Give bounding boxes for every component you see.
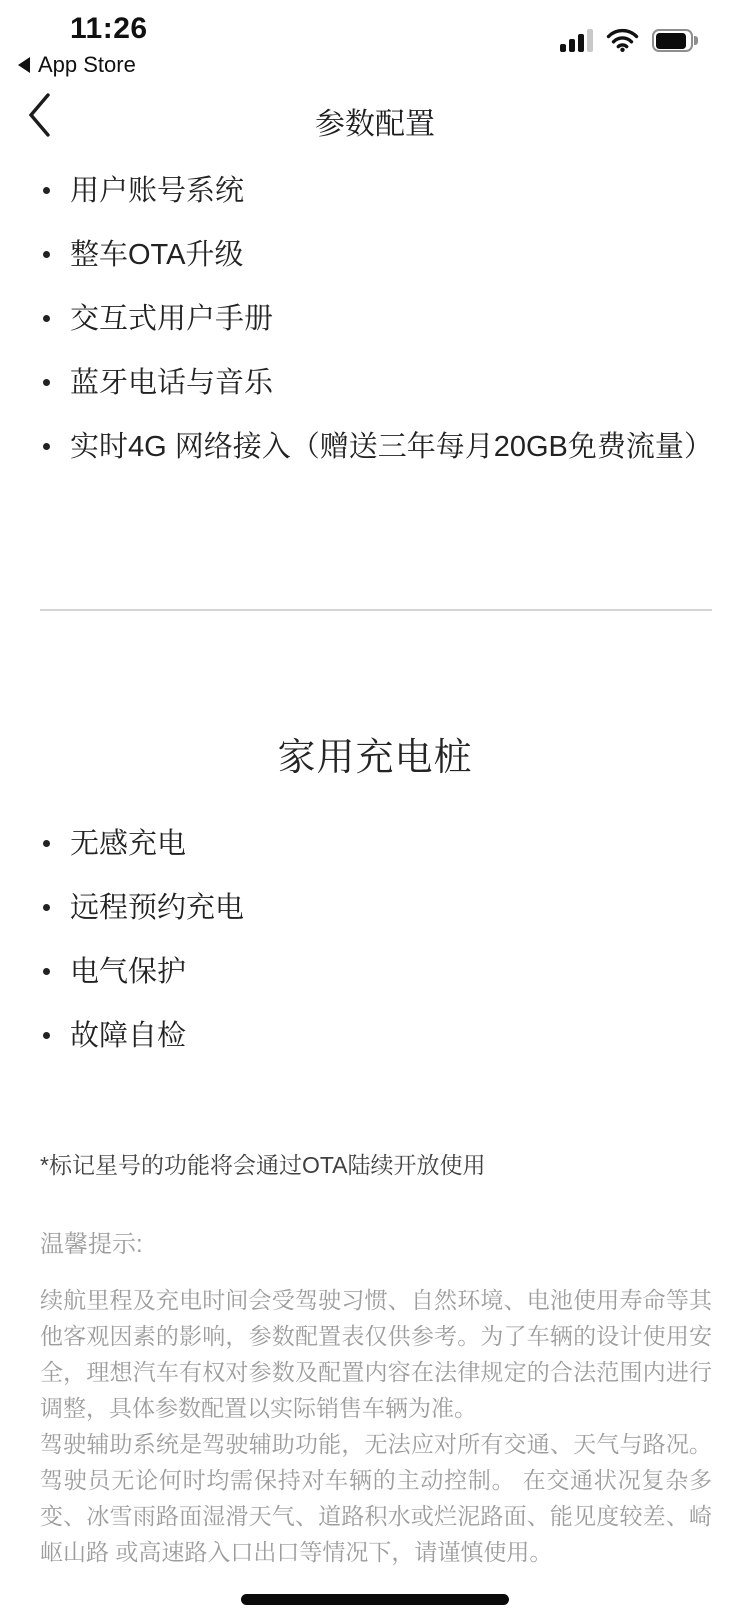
section-divider (40, 609, 712, 611)
list-item: 交互式用户手册 (40, 300, 720, 338)
wifi-icon (606, 28, 639, 52)
tips-paragraph: 驾驶辅助系统是驾驶辅助功能，无法应对所有交通、天气与路况。驾驶员无论何时均需保持… (40, 1426, 712, 1570)
list-item: 实时4G 网络接入（赠送三年每月20GB免费流量） (40, 428, 720, 466)
bullet-icon (43, 840, 50, 847)
tips-body: 续航里程及充电时间会受驾驶习惯、自然环境、电池使用寿命等其他客观因素的影响，参数… (40, 1282, 712, 1570)
return-to-app-store-link[interactable]: App Store (18, 52, 136, 78)
bullet-icon (43, 379, 50, 386)
cellular-signal-icon (560, 29, 593, 52)
bullet-icon (43, 1032, 50, 1039)
return-to-app-label: App Store (38, 52, 136, 78)
status-bar-time: 11:26 (70, 12, 148, 46)
status-icons (560, 26, 698, 52)
page-title: 参数配置 (0, 99, 750, 143)
list-item: 远程预约充电 (40, 889, 720, 927)
bullet-icon (43, 968, 50, 975)
list-item-label: 用户账号系统 (70, 172, 244, 210)
list-item-label: 交互式用户手册 (70, 300, 273, 338)
home-charger-heading: 家用充电桩 (0, 726, 750, 781)
list-item: 用户账号系统 (40, 172, 720, 210)
list-item-label: 远程预约充电 (70, 889, 244, 927)
list-item-label: 故障自检 (70, 1017, 186, 1055)
list-item-label: 实时4G 网络接入（赠送三年每月20GB免费流量） (70, 428, 713, 466)
back-triangle-icon (18, 57, 30, 73)
list-item: 电气保护 (40, 953, 720, 991)
list-item: 故障自检 (40, 1017, 720, 1055)
list-item: 蓝牙电话与音乐 (40, 364, 720, 402)
home-indicator[interactable] (241, 1594, 509, 1605)
list-item-label: 无感充电 (70, 825, 186, 863)
bullet-icon (43, 187, 50, 194)
list-item-label: 蓝牙电话与音乐 (70, 364, 273, 402)
bullet-icon (43, 315, 50, 322)
list-item-label: 电气保护 (70, 953, 186, 991)
home-charger-list: 无感充电 远程预约充电 电气保护 故障自检 (40, 825, 720, 1081)
app-screen: 11:26 App Store 参数配置 用户账号系统 整车OTA升级 交互式用… (0, 0, 750, 1623)
bullet-icon (43, 443, 50, 450)
list-item-label: 整车OTA升级 (70, 236, 243, 274)
list-item: 无感充电 (40, 825, 720, 863)
bullet-icon (43, 904, 50, 911)
ota-footnote: *标记星号的功能将会通过OTA陆续开放使用 (40, 1148, 712, 1182)
tips-paragraph: 续航里程及充电时间会受驾驶习惯、自然环境、电池使用寿命等其他客观因素的影响，参数… (40, 1282, 712, 1426)
battery-icon (652, 29, 698, 52)
tips-label: 温馨提示: (40, 1224, 143, 1259)
list-item: 整车OTA升级 (40, 236, 720, 274)
connected-features-list: 用户账号系统 整车OTA升级 交互式用户手册 蓝牙电话与音乐 实时4G 网络接入… (40, 172, 720, 492)
bullet-icon (43, 251, 50, 258)
